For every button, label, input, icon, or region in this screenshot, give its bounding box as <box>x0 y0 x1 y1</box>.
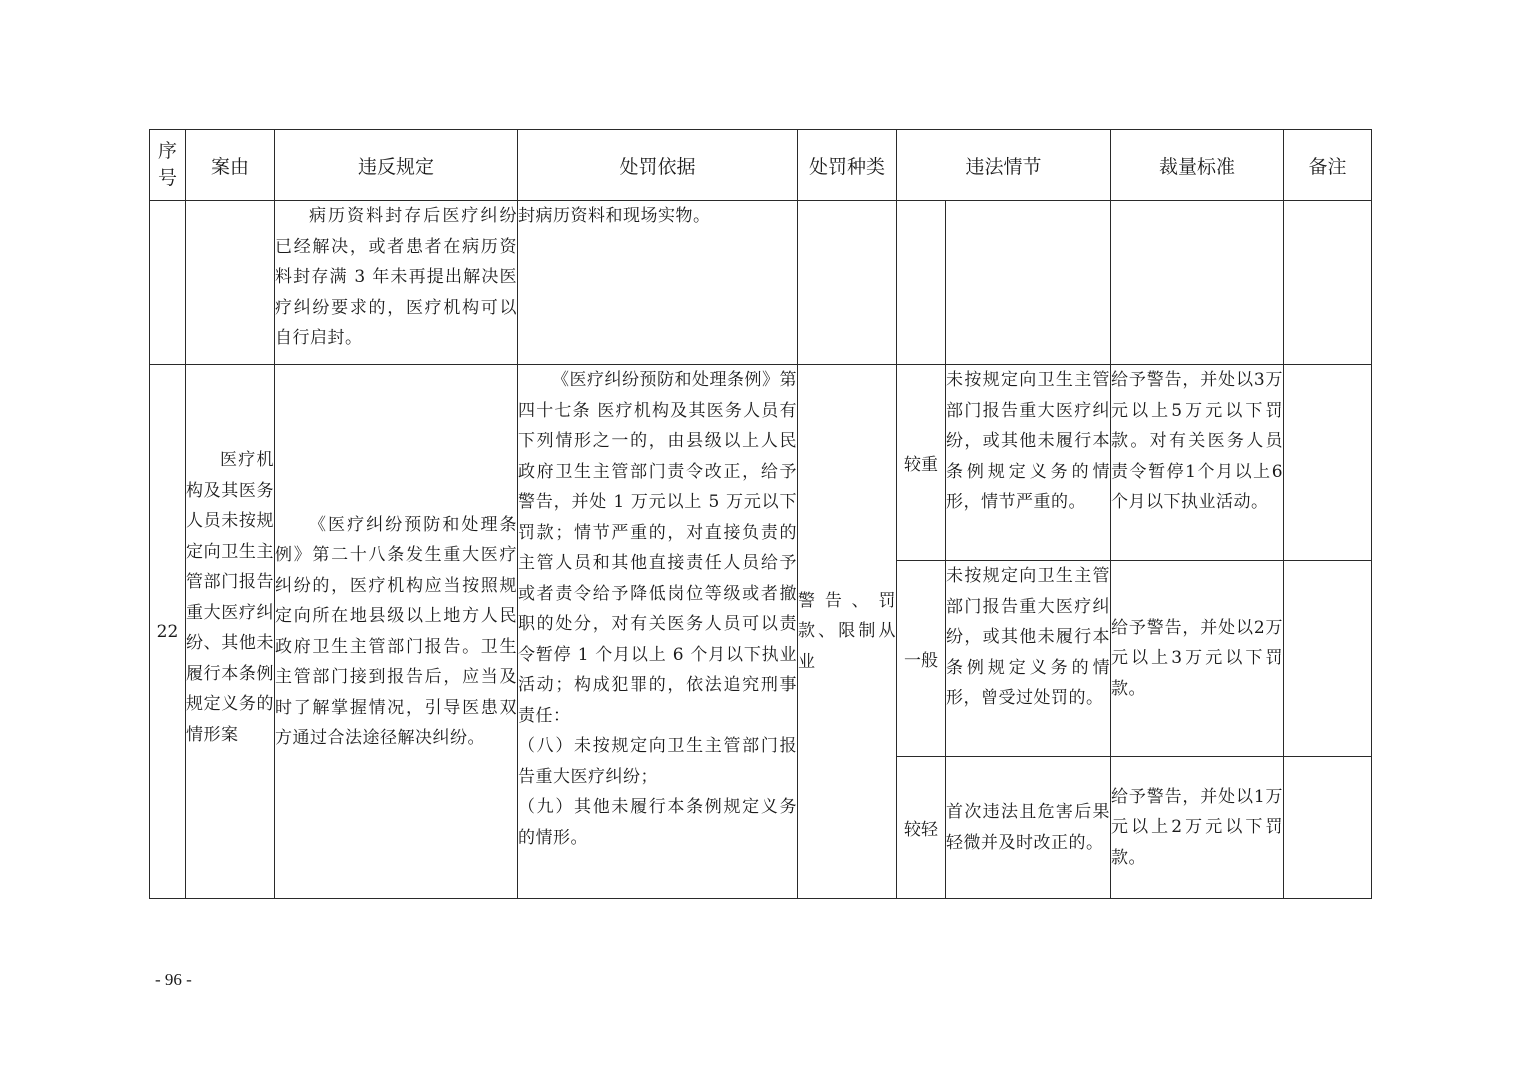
table-row-continued: 病历资料封存后医疗纠纷已经解决，或者患者在病历资料封存满 3 年未再提出解决医疗… <box>150 201 1372 365</box>
cell-standard-minor: 给予警告，并处以1万元以上2万元以下罚款。 <box>1111 757 1284 899</box>
cell-seq-empty <box>150 201 186 365</box>
cell-penalty-type: 警告、罚款、限制从业 <box>798 365 897 899</box>
cell-basis: 封病历资料和现场实物。 <box>518 201 798 365</box>
header-basis: 处罚依据 <box>518 130 798 201</box>
basis-main-text: 《医疗纠纷预防和处理条例》第四十七条 医疗机构及其医务人员有下列情形之一的，由县… <box>518 365 797 731</box>
header-penalty-type: 处罚种类 <box>798 130 897 201</box>
cell-remarks-severe <box>1284 365 1372 561</box>
cell-level-empty <box>897 201 946 365</box>
cell-standard-severe: 给予警告，并处以3万元以上5万元以下罚款。对有关医务人员责令暂停1个月以上6个月… <box>1111 365 1284 561</box>
page-number: - 96 - <box>155 970 192 990</box>
cell-case: 医疗机构及其医务人员未按规定向卫生主管部门报告重大医疗纠纷、其他未履行本条例规定… <box>186 365 275 899</box>
cell-remarks-empty <box>1284 201 1372 365</box>
header-seq: 序号 <box>150 130 186 201</box>
cell-seq: 22 <box>150 365 186 899</box>
table-row-22-severe: 22 医疗机构及其医务人员未按规定向卫生主管部门报告重大医疗纠纷、其他未履行本条… <box>150 365 1372 561</box>
cell-basis: 《医疗纠纷预防和处理条例》第四十七条 医疗机构及其医务人员有下列情形之一的，由县… <box>518 365 798 899</box>
basis-item-9: （九）其他未履行本条例规定义务的情形。 <box>518 792 797 853</box>
cell-circumstance-general: 未按规定向卫生主管部门报告重大医疗纠纷，或其他未履行本条例规定义务的情形，曾受过… <box>946 561 1111 757</box>
cell-circumstance-empty <box>946 201 1111 365</box>
cell-level-minor: 较轻 <box>897 757 946 899</box>
cell-circumstance-minor: 首次违法且危害后果轻微并及时改正的。 <box>946 757 1111 899</box>
header-case: 案由 <box>186 130 275 201</box>
cell-penalty-empty <box>798 201 897 365</box>
basis-item-8: （八）未按规定向卫生主管部门报告重大医疗纠纷； <box>518 731 797 792</box>
header-standard: 裁量标准 <box>1111 130 1284 201</box>
header-circumstances: 违法情节 <box>897 130 1111 201</box>
cell-standard-general: 给予警告，并处以2万元以上3万元以下罚款。 <box>1111 561 1284 757</box>
cell-violation: 《医疗纠纷预防和处理条例》第二十八条发生重大医疗纠纷的，医疗机构应当按照规定向所… <box>275 365 518 899</box>
header-remarks: 备注 <box>1284 130 1372 201</box>
cell-violation: 病历资料封存后医疗纠纷已经解决，或者患者在病历资料封存满 3 年未再提出解决医疗… <box>275 201 518 365</box>
header-violation: 违反规定 <box>275 130 518 201</box>
cell-level-severe: 较重 <box>897 365 946 561</box>
cell-level-general: 一般 <box>897 561 946 757</box>
cell-circumstance-severe: 未按规定向卫生主管部门报告重大医疗纠纷，或其他未履行本条例规定义务的情形，情节严… <box>946 365 1111 561</box>
cell-remarks-general <box>1284 561 1372 757</box>
cell-standard-empty <box>1111 201 1284 365</box>
penalty-discretion-table: 序号 案由 违反规定 处罚依据 处罚种类 违法情节 裁量标准 备注 病历资料封存… <box>149 129 1372 899</box>
header-row: 序号 案由 违反规定 处罚依据 处罚种类 违法情节 裁量标准 备注 <box>150 130 1372 201</box>
cell-case-empty <box>186 201 275 365</box>
cell-remarks-minor <box>1284 757 1372 899</box>
